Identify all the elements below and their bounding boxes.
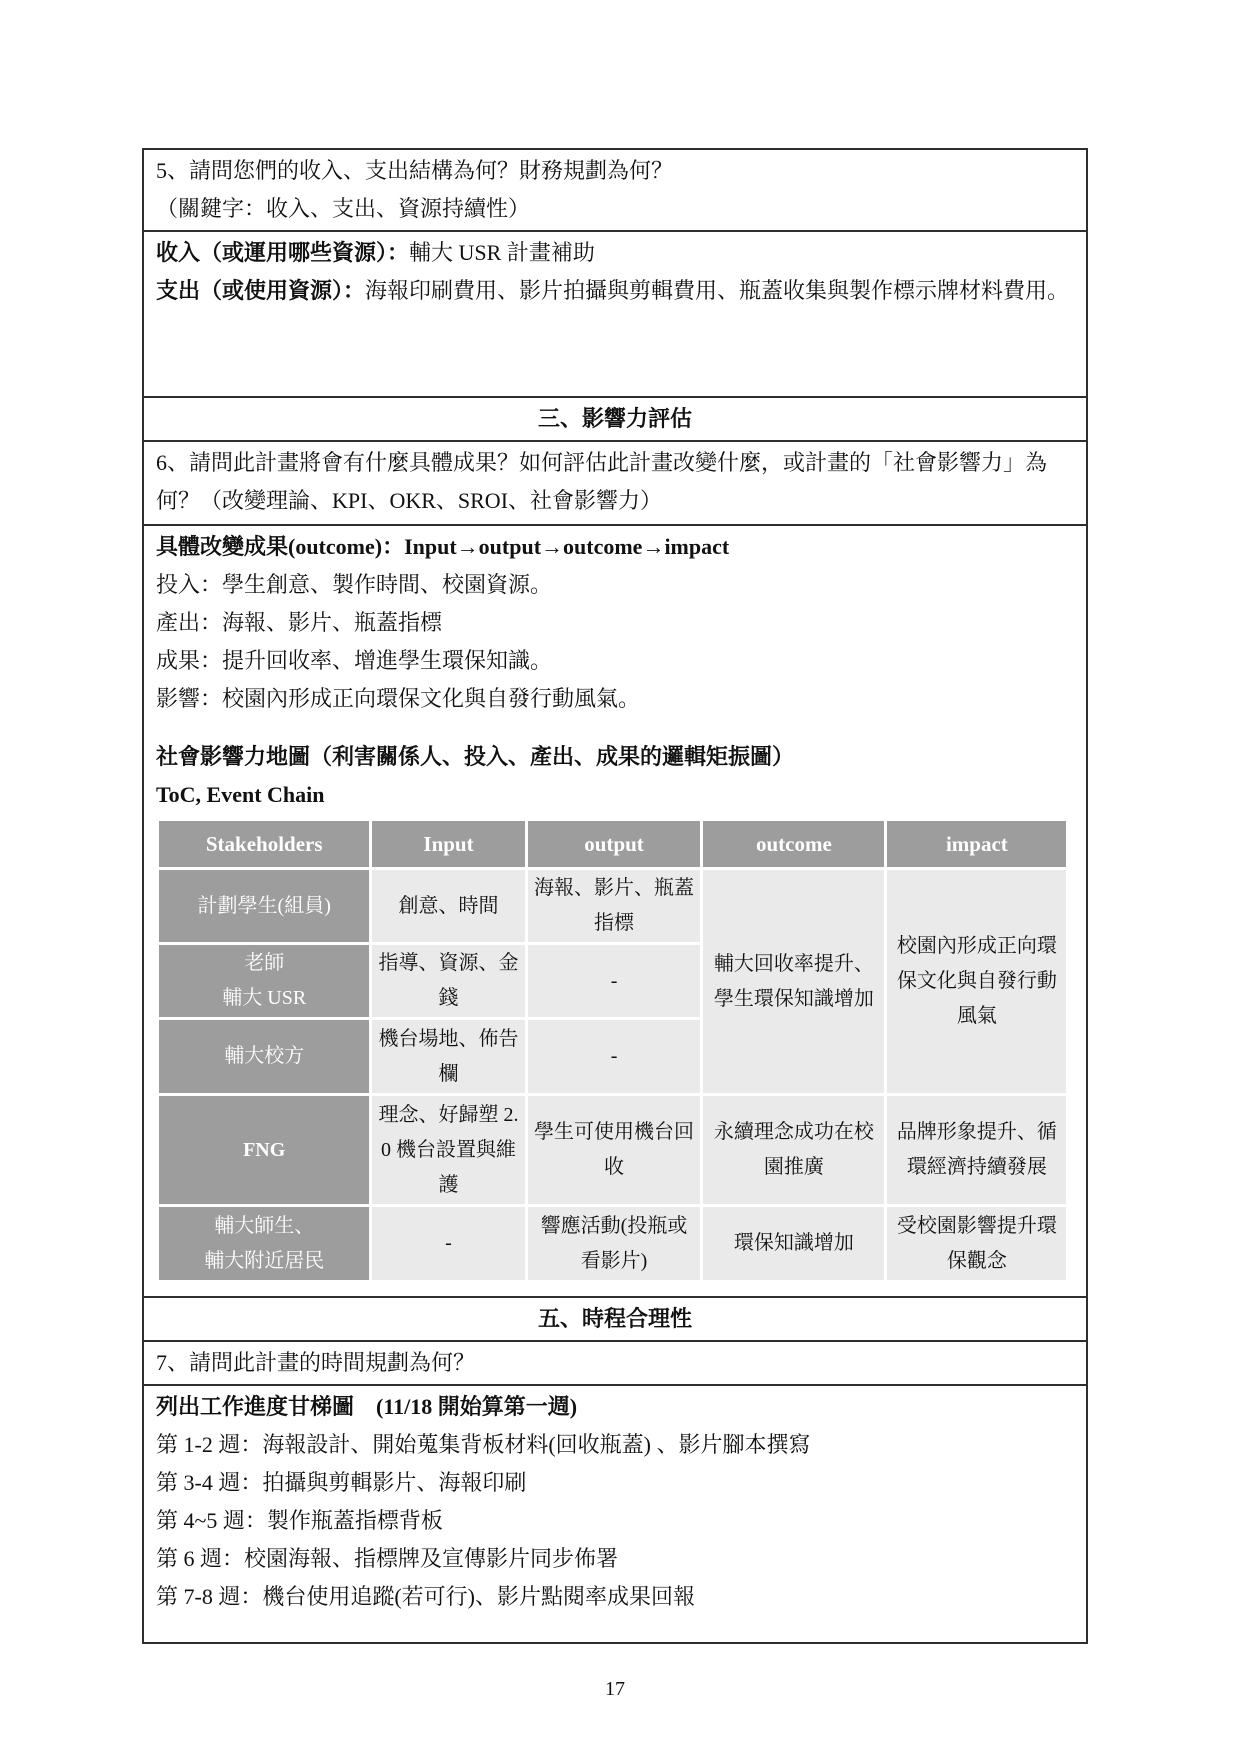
outcome-result-line: 成果：提升回收率、增進學生環保知識。 <box>156 642 1074 680</box>
cell-community-impact: 受校園影響提升環保觀念 <box>887 1207 1066 1280</box>
expense-line: 支出（或使用資源）：海報印刷費用、影片拍攝與剪輯費用、瓶蓋收集與製作標示牌材料費… <box>156 272 1074 310</box>
cell-teachers-label: 老師 輔大 USR <box>159 945 369 1017</box>
table-row: 計劃學生(組員) 創意、時間 海報、影片、瓶蓋指標 輔大回收率提升、學生環保知識… <box>159 870 1066 942</box>
cell-fng-impact: 品牌形象提升、循環經濟持續發展 <box>887 1096 1066 1204</box>
impact-map-heading: 社會影響力地圖（利害關係人、投入、產出、成果的邏輯矩振圖） <box>156 738 1074 776</box>
cell-merged-outcome: 輔大回收率提升、學生環保知識增加 <box>703 870 884 1093</box>
stakeholder-table-header-row: Stakeholders Input output outcome impact <box>159 821 1066 867</box>
table-row: FNG 理念、好歸塑 2.0 機台設置與維護 學生可使用機台回收 永續理念成功在… <box>159 1096 1066 1204</box>
qa-table: 5、請問您們的收入、支出結構為何？財務規劃為何？ （關鍵字：收入、支出、資源持續… <box>142 148 1088 1644</box>
gantt-week-3: 第 4~5 週：製作瓶蓋指標背板 <box>156 1502 1074 1540</box>
gantt-week-5: 第 7-8 週：機台使用追蹤(若可行)、影片點閱率成果回報 <box>156 1578 1074 1616</box>
answer-6-cell: 具體改變成果(outcome)：Input→output→outcome→imp… <box>143 525 1087 1297</box>
cell-university-label: 輔大校方 <box>159 1020 369 1093</box>
answer-5-cell: 收入（或運用哪些資源）：輔大 USR 計畫補助 支出（或使用資源）：海報印刷費用… <box>143 231 1087 397</box>
section-3-header: 三、影響力評估 <box>143 397 1087 441</box>
cell-fng-output: 學生可使用機台回收 <box>528 1096 701 1204</box>
gantt-week-1: 第 1-2 週：海報設計、開始蒐集背板材料(回收瓶蓋) 、影片腳本撰寫 <box>156 1426 1074 1464</box>
cell-teachers-input: 指導、資源、金錢 <box>372 945 524 1017</box>
gantt-cell: 列出工作進度甘梯圖 (11/18 開始算第一週) 第 1-2 週：海報設計、開始… <box>143 1385 1087 1643</box>
cell-fng-input: 理念、好歸塑 2.0 機台設置與維護 <box>372 1096 524 1204</box>
cell-community-output: 響應活動(投瓶或看影片) <box>528 1207 701 1280</box>
table-row: 輔大師生、 輔大附近居民 - 響應活動(投瓶或看影片) 環保知識增加 受校園影響… <box>159 1207 1066 1280</box>
outcome-heading: 具體改變成果(outcome)：Input→output→outcome→imp… <box>156 528 1074 566</box>
cell-teachers-output: - <box>528 945 701 1017</box>
income-value: 輔大 USR 計畫補助 <box>409 240 595 265</box>
expense-value: 海報印刷費用、影片拍攝與剪輯費用、瓶蓋收集與製作標示牌材料費用。 <box>365 278 1069 303</box>
question-6-cell: 6、請問此計畫將會有什麼具體成果？如何評估此計畫改變什麼，或計畫的「社會影響力」… <box>143 441 1087 525</box>
cell-students-input: 創意、時間 <box>372 870 524 942</box>
gantt-week-4: 第 6 週：校園海報、指標牌及宣傳影片同步佈署 <box>156 1540 1074 1578</box>
document-page: 5、請問您們的收入、支出結構為何？財務規劃為何？ （關鍵字：收入、支出、資源持續… <box>0 0 1241 1755</box>
cell-university-output: - <box>528 1020 701 1093</box>
expense-label: 支出（或使用資源）： <box>156 278 365 303</box>
income-label: 收入（或運用哪些資源）： <box>156 240 409 265</box>
header-input: Input <box>372 821 524 867</box>
question-7-cell: 7、請問此計畫的時間規劃為何？ <box>143 1341 1087 1385</box>
gantt-week-2: 第 3-4 週：拍攝與剪輯影片、海報印刷 <box>156 1464 1074 1502</box>
header-outcome: outcome <box>703 821 884 867</box>
header-stakeholders: Stakeholders <box>159 821 369 867</box>
header-impact: impact <box>887 821 1066 867</box>
question-5-line1: 5、請問您們的收入、支出結構為何？財務規劃為何？ <box>156 152 1074 190</box>
gantt-heading: 列出工作進度甘梯圖 (11/18 開始算第一週) <box>156 1388 1074 1426</box>
income-line: 收入（或運用哪些資源）：輔大 USR 計畫補助 <box>156 234 1074 272</box>
section-5-header: 五、時程合理性 <box>143 1297 1087 1341</box>
cell-university-input: 機台場地、佈告欄 <box>372 1020 524 1093</box>
stakeholder-table: Stakeholders Input output outcome impact… <box>156 818 1069 1283</box>
cell-merged-impact: 校園內形成正向環保文化與自發行動風氣 <box>887 870 1066 1093</box>
outcome-impact-line: 影響：校園內形成正向環保文化與自發行動風氣。 <box>156 680 1074 718</box>
spacer <box>156 718 1074 738</box>
cell-fng-outcome: 永續理念成功在校園推廣 <box>703 1096 884 1204</box>
question-5-cell: 5、請問您們的收入、支出結構為何？財務規劃為何？ （關鍵字：收入、支出、資源持續… <box>143 149 1087 231</box>
toc-heading: ToC, Event Chain <box>156 776 1074 814</box>
cell-fng-label: FNG <box>159 1096 369 1204</box>
cell-students-output: 海報、影片、瓶蓋指標 <box>528 870 701 942</box>
cell-community-outcome: 環保知識增加 <box>703 1207 884 1280</box>
cell-community-input: - <box>372 1207 524 1280</box>
page-number: 17 <box>142 1678 1088 1701</box>
cell-students-label: 計劃學生(組員) <box>159 870 369 942</box>
header-output: output <box>528 821 701 867</box>
cell-community-label: 輔大師生、 輔大附近居民 <box>159 1207 369 1280</box>
question-5-line2: （關鍵字：收入、支出、資源持續性） <box>156 190 1074 228</box>
outcome-output-line: 產出：海報、影片、瓶蓋指標 <box>156 604 1074 642</box>
outcome-input-line: 投入：學生創意、製作時間、校園資源。 <box>156 566 1074 604</box>
